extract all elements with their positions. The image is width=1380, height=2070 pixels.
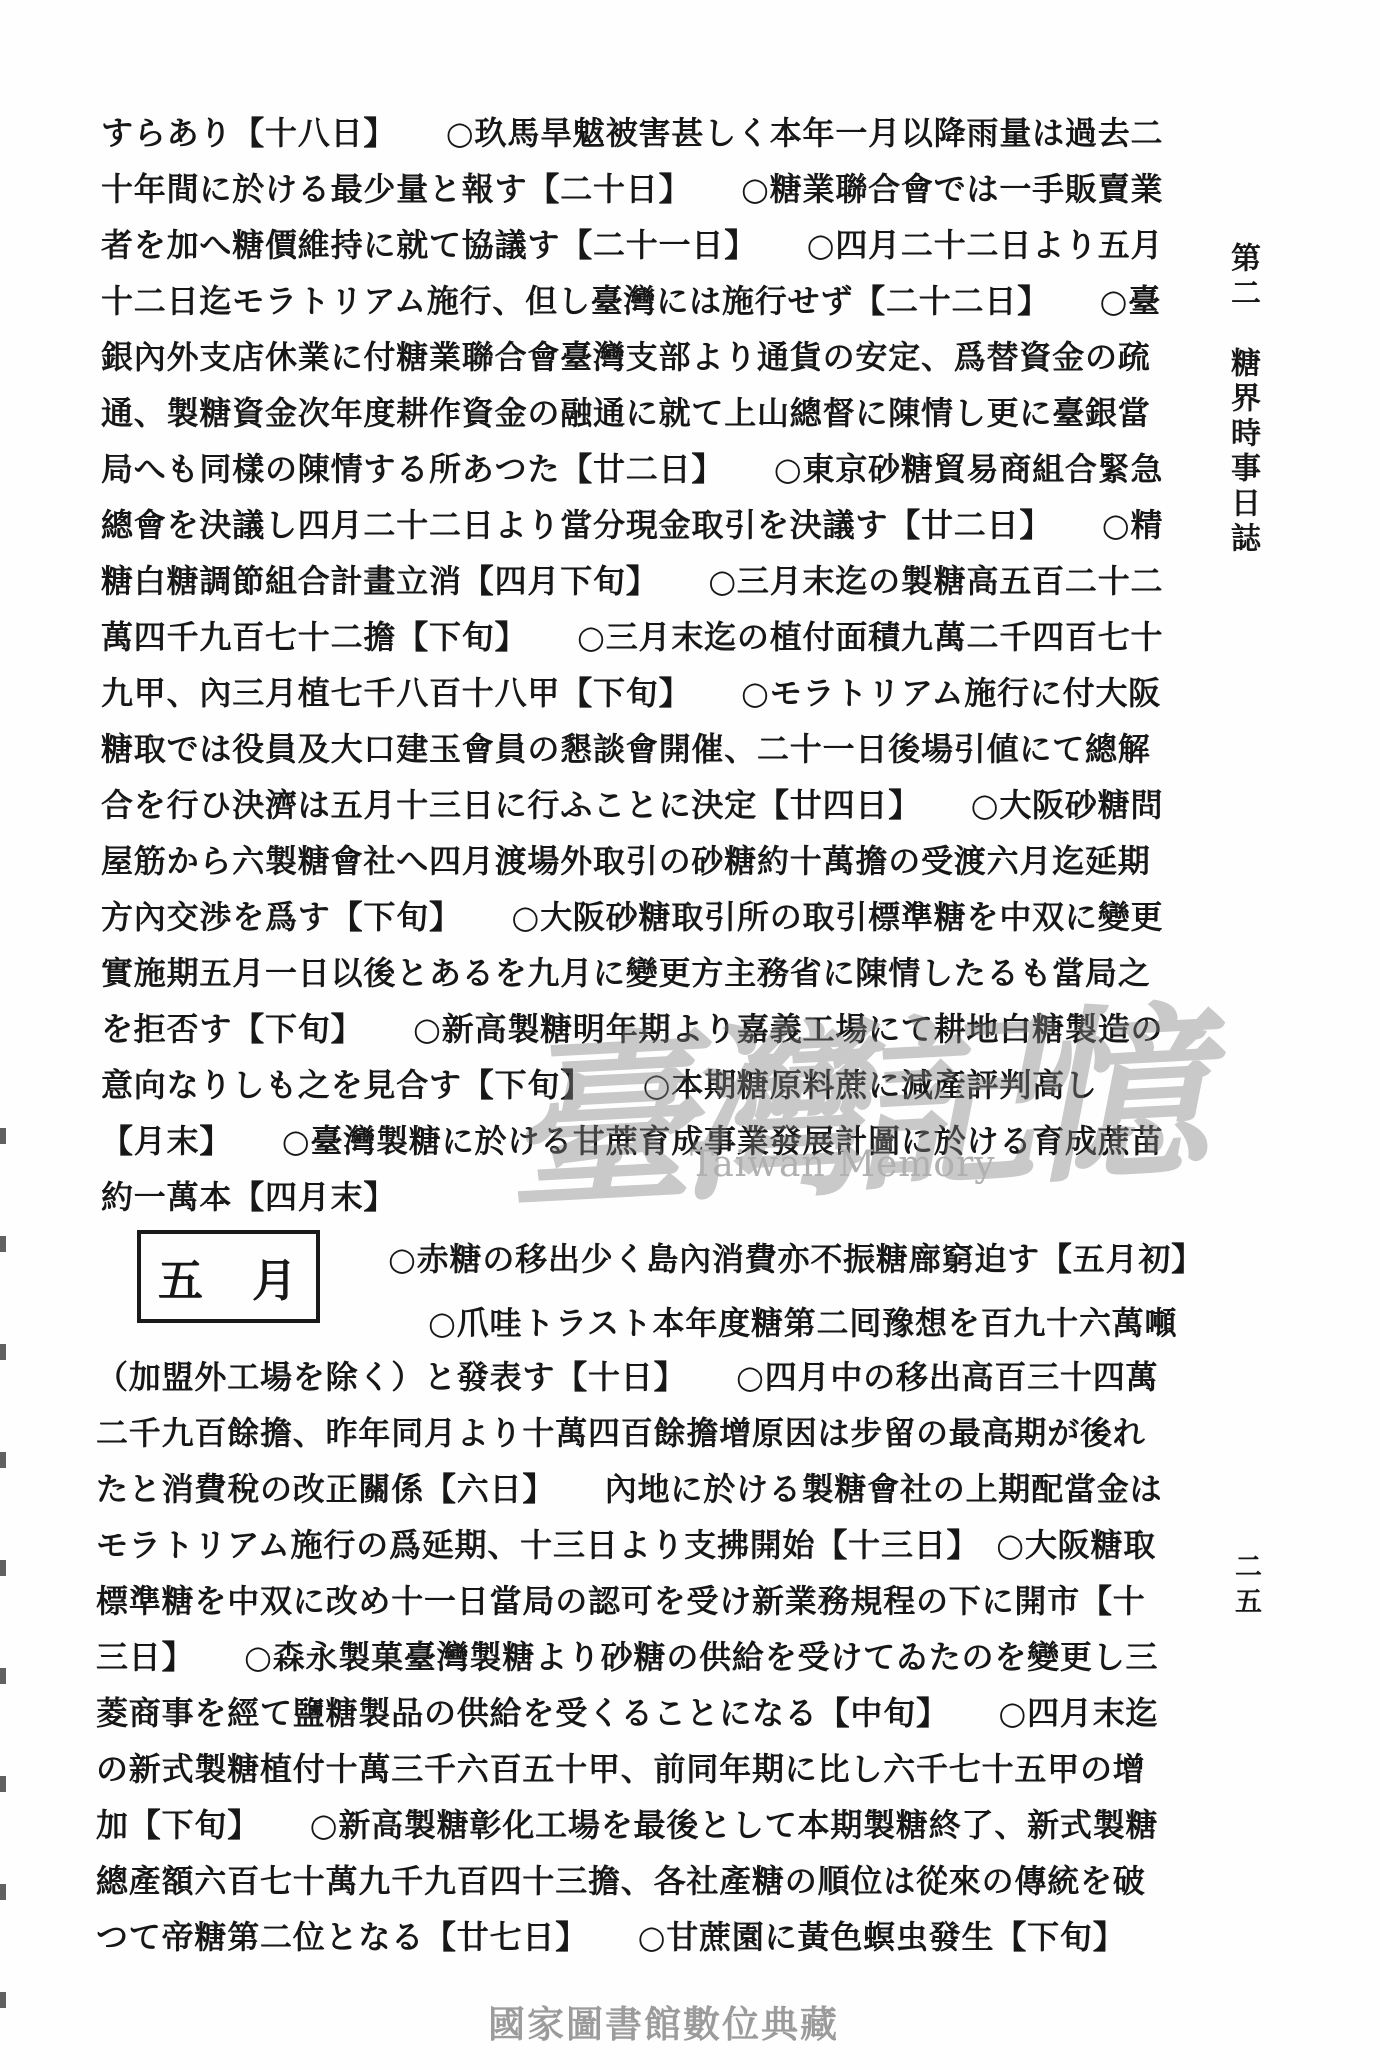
- april-text-block: すらあり【十八日】 ○玖馬旱魃被害甚しく本年一月以降雨量は過去二 十年間に於ける…: [101, 105, 1163, 1225]
- text-line: ○赤糖の移出少く島內消費亦不振糖廍窮迫す【五月初】: [388, 1234, 1204, 1280]
- text-line: 實施期五月一日以後とあるを九月に變更方主務省に陳情したるも當局之: [101, 945, 1163, 1001]
- text-line: 方內交渉を爲す【下旬】 ○大阪砂糖取引所の取引標準糖を中双に變更: [101, 889, 1163, 945]
- text-line: を拒否す【下旬】 ○新高製糖明年期より嘉義工場にて耕地白糖製造の: [101, 1001, 1163, 1057]
- chapter-side-label: 第二 糖界時事日誌: [1220, 242, 1264, 557]
- text-line: 【月末】 ○臺灣製糖に於ける甘蔗育成事業發展計圖に於ける育成蔗苗: [101, 1113, 1163, 1169]
- text-line: 三日】 ○森永製菓臺灣製糖より砂糖の供給を受けてゐたのを變更し三: [96, 1629, 1162, 1685]
- text-line: 糖白糖調節組合計畫立消【四月下旬】 ○三月末迄の製糖高五百二十二: [101, 553, 1163, 609]
- text-line: 十二日迄モラトリアム施行、但し臺灣には施行せず【二十二日】 ○臺: [101, 273, 1163, 329]
- text-line: 總會を決議し四月二十二日より當分現金取引を決議す【廿二日】 ○精: [101, 497, 1163, 553]
- page-number: 二五: [1226, 1552, 1265, 1622]
- text-line: 銀內外支店休業に付糖業聯合會臺灣支部より通貨の安定、爲替資金の疏: [101, 329, 1163, 385]
- text-line: モラトリアム施行の爲延期、十三日より支拂開始【十三日】 ○大阪糖取: [96, 1517, 1162, 1573]
- text-line: 屋筋から六製糖會社へ四月渡場外取引の砂糖約十萬擔の受渡六月迄延期: [101, 833, 1163, 889]
- text-line: 總產額六百七十萬九千九百四十三擔、各社產糖の順位は從來の傳統を破: [96, 1853, 1162, 1909]
- text-line: 十年間に於ける最少量と報す【二十日】 ○糖業聯合會では一手販賣業: [101, 161, 1163, 217]
- text-line: ○爪哇トラスト本年度糖第二囘豫想を百九十六萬噸: [428, 1298, 1177, 1344]
- text-line: （加盟外工場を除く）と發表す【十日】 ○四月中の移出高百三十四萬: [96, 1349, 1162, 1405]
- text-line: 約一萬本【四月末】: [101, 1169, 1163, 1225]
- text-line: 二千九百餘擔、昨年同月より十萬四百餘擔增原因は步留の最高期が後れ: [96, 1405, 1162, 1461]
- scan-edge-artifacts: [0, 1128, 6, 2070]
- text-line: 糖取では役員及大口建玉會員の懇談會開催、二十一日後場引値にて總解: [101, 721, 1163, 777]
- text-line: つて帝糖第二位となる【廿七日】 ○甘蔗園に黃色螟虫發生【下旬】: [96, 1909, 1162, 1965]
- text-line: 通、製糖資金次年度耕作資金の融通に就て上山總督に陳情し更に臺銀當: [101, 385, 1163, 441]
- text-line: の新式製糖植付十萬三千六百五十甲、前同年期に比し六千七十五甲の增: [96, 1741, 1162, 1797]
- text-line: 合を行ひ決濟は五月十三日に行ふことに決定【廿四日】 ○大阪砂糖問: [101, 777, 1163, 833]
- may-text-block: （加盟外工場を除く）と發表す【十日】 ○四月中の移出高百三十四萬 二千九百餘擔、…: [96, 1349, 1162, 1965]
- scanned-document-page: すらあり【十八日】 ○玖馬旱魃被害甚しく本年一月以降雨量は過去二 十年間に於ける…: [0, 0, 1380, 2070]
- text-line: 標準糖を中双に改め十一日當局の認可を受け新業務規程の下に開市【十: [96, 1573, 1162, 1629]
- text-line: 加【下旬】 ○新高製糖彰化工場を最後として本期製糖終了、新式製糖: [96, 1797, 1162, 1853]
- month-header-box: 五 月: [137, 1230, 320, 1323]
- text-line: 局へも同樣の陳情する所あつた【廿二日】 ○東京砂糖貿易商組合緊急: [101, 441, 1163, 497]
- text-line: たと消費稅の改正關係【六日】 內地に於ける製糖會社の上期配當金は: [96, 1461, 1162, 1517]
- text-line: 萬四千九百七十二擔【下旬】 ○三月末迄の植付面積九萬二千四百七十: [101, 609, 1163, 665]
- text-line: 九甲、內三月植七千八百十八甲【下旬】 ○モラトリアム施行に付大阪: [101, 665, 1163, 721]
- month-header-label: 五 月: [158, 1244, 299, 1309]
- text-line: 菱商事を經て鹽糖製品の供給を受くることになる【中旬】 ○四月末迄: [96, 1685, 1162, 1741]
- library-footer: 國家圖書館數位典藏: [488, 1994, 839, 2048]
- text-line: 者を加へ糖價維持に就て協議す【二十一日】 ○四月二十二日より五月: [101, 217, 1163, 273]
- text-line: すらあり【十八日】 ○玖馬旱魃被害甚しく本年一月以降雨量は過去二: [101, 105, 1163, 161]
- text-line: 意向なりしも之を見合す【下旬】 ○本期糖原料蔗に減產評判高し: [101, 1057, 1163, 1113]
